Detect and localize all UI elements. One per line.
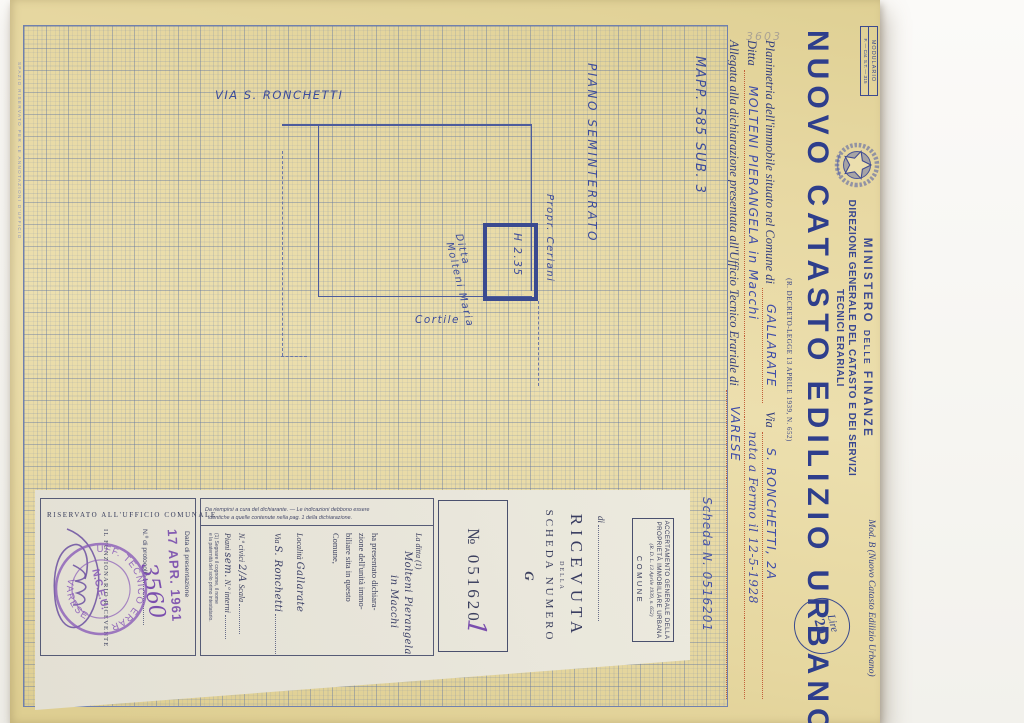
document-title: NUOVO CATASTO EDILIZIO URBANO — [800, 30, 834, 690]
la-ditta-label: La ditta (1) — [414, 533, 423, 569]
dotted-leader — [744, 618, 755, 699]
series-letter: G — [521, 490, 537, 662]
interni-label: N.º interni — [223, 580, 232, 613]
modulario-code: F. — Cat. S.T. — 315 — [862, 27, 868, 95]
form-line-ditta: Ditta MOLTENI PIERANGELA in Macchi nata … — [744, 40, 761, 699]
ministry-line: MINISTERO DELLE FINANZE — [861, 188, 873, 488]
localita-handwritten: Gallarate — [294, 562, 305, 613]
dotted-leader — [762, 596, 773, 699]
footnote-line2: e la paternità del solo primo intestatar… — [207, 533, 213, 661]
erariale-value-handwritten: VARESE — [726, 390, 743, 478]
localita-field: Località Gallarate — [294, 533, 305, 612]
boundary-dash-line — [282, 151, 283, 356]
comune-label: Planimetria dell'immobile situato nel Co… — [762, 40, 777, 288]
neighbour-label: Propr. Ceriani — [544, 194, 555, 282]
ditta-handwritten-1: Molteni Pierangela — [402, 551, 413, 655]
stamp-center-text: N.C.E.U. — [89, 568, 111, 611]
ditta-handwritten-2: in Macchi — [388, 575, 399, 628]
localita-label: Località — [295, 533, 304, 560]
di-field: di — [596, 516, 606, 636]
paragraph-line: Comune, — [329, 533, 342, 659]
civici-label: N.º civici — [237, 533, 246, 562]
civici-field: N.º civici 2/A Scala — [236, 533, 247, 634]
courtyard-label: Cortile — [415, 314, 460, 326]
footnote: (1) Segnare il cognome, il nome e la pat… — [207, 533, 219, 661]
comune-value-handwritten: GALLARATE — [762, 288, 779, 403]
civici-handwritten: 2/A — [236, 564, 247, 582]
door-opening — [524, 291, 533, 296]
finanze-word: FINANZE — [861, 371, 873, 438]
accertamento-line1: ACCERTAMENTO GENERALE DELLA — [663, 519, 671, 641]
handwritten-digit: 1 — [460, 618, 491, 637]
riservato-label: RISERVATO ALL'UFFICIO COMUNALE — [47, 511, 217, 519]
piani-handwritten: sem. — [222, 552, 233, 577]
dotted-leader — [598, 525, 599, 621]
nata-value-handwritten: nata a Fermo il 12-5-1928 — [744, 417, 760, 618]
municipal-office-box: RISERVATO ALL'UFFICIO COMUNALE Data di p… — [40, 498, 196, 656]
dotted-leader — [275, 614, 283, 654]
door-opening — [496, 291, 505, 296]
delle-word: DELLE — [862, 330, 872, 365]
boundary-dash-line — [281, 356, 307, 357]
via-handwritten: S. Ronchetti — [272, 546, 283, 613]
ministry-heading: MINISTERO DELLE FINANZE DIREZIONE GENERA… — [834, 188, 873, 488]
declaration-paragraph: ha presentato dichiara- zione dell'unità… — [329, 533, 381, 659]
dotted-leader — [744, 336, 755, 417]
modulario-box: MODULARIO F. — Cat. S.T. — 315 — [860, 26, 878, 96]
data-presentazione-label: Data di presentazione — [183, 531, 190, 597]
accertamento-decree: (R. D. L. 13 Aprile 1939, n. 652) — [648, 519, 654, 641]
form-line-comune: Planimetria dell'immobile situato nel Co… — [762, 40, 779, 699]
lire-seal: Lire 20 — [788, 592, 856, 660]
dotted-leader — [225, 615, 233, 639]
decree-reference: (R. DECRETO-LEGGE 13 APRILE 1939, N. 652… — [785, 40, 793, 680]
accertamento-box: ACCERTAMENTO GENERALE DELLA PROPRIETÀ IM… — [632, 518, 674, 642]
boundary-dash-line — [538, 301, 539, 386]
footnote-line1: (1) Segnare il cognome, il nome — [213, 533, 219, 661]
ministero-word: MINISTERO — [861, 238, 873, 324]
margin-micro-text: SPAZIO RISERVATO PER LE ANNOTAZIONI D'UF… — [17, 62, 22, 442]
ricevuta-title: RICEVUTA — [566, 490, 586, 662]
via-value-handwritten: S. RONCHETTI, 2A — [762, 432, 779, 596]
paragraph-line: ha presentato dichiara- — [368, 533, 381, 659]
modulario-title: MODULARIO — [868, 27, 876, 95]
da-riempirsi-note-line1: Da riempirsi a cura del dichiarante. — L… — [205, 507, 370, 513]
ditta-label: Ditta — [744, 40, 759, 70]
piani-label: Piani — [223, 533, 232, 550]
della-word: DELLA — [558, 490, 564, 662]
document-paper: MODULARIO F. — Cat. S.T. — 315 3603 Mod.… — [10, 0, 880, 723]
ditta-value-handwritten: MOLTENI PIERANGELA in Macchi — [744, 70, 761, 337]
declarant-section-box: Da riempirsi a cura del dichiarante. — L… — [200, 498, 434, 656]
receipt-number-box: № 051620 1 — [438, 500, 508, 652]
di-label: di — [596, 516, 606, 523]
mod-b-label: Mod. B (Nuovo Catasto Edilizio Urbano) — [866, 498, 876, 698]
wall-extension-line — [282, 124, 320, 126]
scanned-document-scene: MODULARIO F. — Cat. S.T. — 315 3603 Mod.… — [0, 0, 1024, 723]
room-height-label: H 2.35 — [511, 233, 523, 277]
note-column: Da riempirsi a cura del dichiarante. — L… — [201, 499, 433, 526]
form-line-ufficio: Allegata alla dichiarazione presentata a… — [726, 40, 743, 699]
scheda-numero-title: SCHEDA NUMERO — [543, 490, 555, 662]
receipt-via-label: Via — [273, 533, 282, 544]
piani-field: Piani sem. N.º interni — [222, 533, 233, 639]
scala-label: Scala — [237, 584, 246, 602]
dotted-leader — [239, 604, 247, 634]
allegata-label: Allegata alla dichiarazione presentata a… — [726, 40, 741, 390]
da-riempirsi-note-line2: identiche a quelle contenute nella pag. … — [208, 515, 352, 521]
via-field: Via S. Ronchetti — [272, 533, 283, 654]
via-label: Via — [762, 403, 777, 431]
piano-annotation: PIANO SEMINTERRATO — [585, 63, 599, 243]
direzione-line: DIREZIONE GENERALE DEL CATASTO E DEI SER… — [834, 197, 858, 479]
state-emblem-icon — [833, 140, 880, 190]
accertamento-line2: PROPRIETÀ IMMOBILIARE URBANA — [655, 519, 663, 641]
mapp-annotation: MAPP. 585 SUB. 3 — [692, 56, 707, 194]
comune-heading: COMUNE — [635, 519, 644, 641]
paragraph-line: biliare sita in questo — [342, 533, 355, 659]
street-name-label: VIA S. RONCHETTI — [215, 88, 343, 102]
paragraph-line: zione dell'unità immo- — [355, 533, 368, 659]
